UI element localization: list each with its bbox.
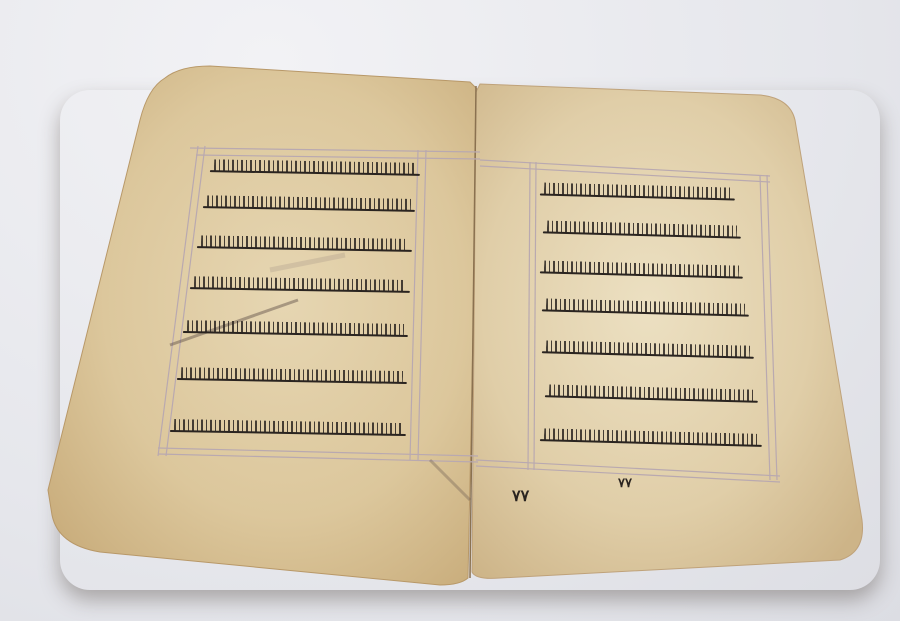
folio-mark-left: ٧٧	[512, 486, 529, 505]
folio-mark-right: ٧٧	[618, 476, 632, 491]
left-page: ٧٧ ٧٧	[0, 0, 900, 621]
